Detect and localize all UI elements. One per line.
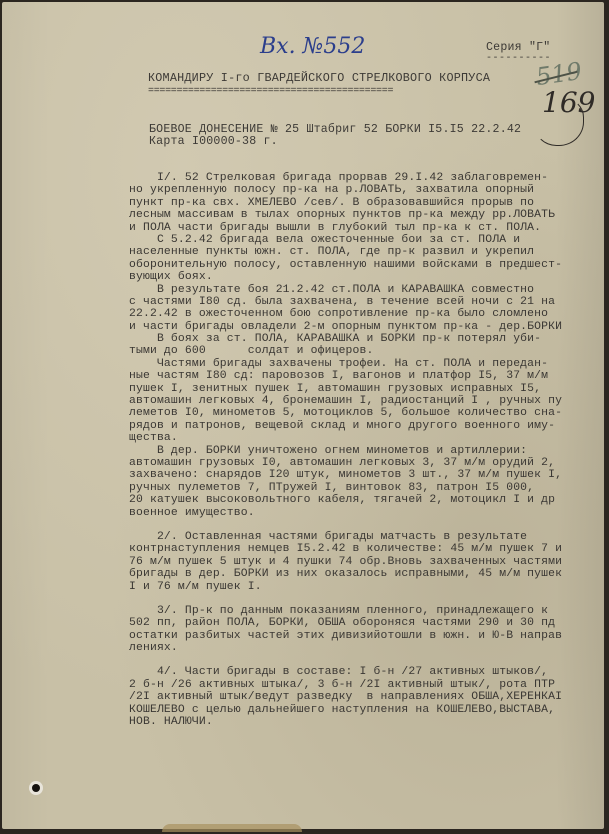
text-line: остатки разбитых частей этих дивизийотош… (129, 630, 599, 642)
report-body: I/. 52 Стрелковая бригада прорвав 29.I.4… (129, 172, 599, 728)
incoming-number-stamp: Вх. №552 (260, 34, 365, 59)
paragraph-gap (129, 519, 599, 531)
text-line: пушек I, зенитных пушек I, автомашин гру… (129, 383, 599, 395)
text-line: автомашин грузовых I0, автомашин легковы… (129, 457, 599, 469)
text-line: С 5.2.42 бригада вела ожесточенные бои з… (129, 234, 599, 246)
section-4: 4/. Части бригады в составе: I б-н /27 а… (129, 666, 599, 728)
text-line: 20 катушек высоковольтного кабеля, тягач… (129, 494, 599, 506)
text-line: ручных пулеметов 7, ПТружей I, винтовок … (129, 482, 599, 494)
text-line: лесным массивам в тылах опорных пунктов … (129, 209, 599, 221)
text-line: 4/. Части бригады в составе: I б-н /27 а… (129, 666, 599, 678)
text-line: В результате боя 21.2.42 ст.ПОЛА и КАРАВ… (129, 284, 599, 296)
text-line: I и 76 м/м пушек I. (129, 581, 599, 593)
text-line: В боях за ст. ПОЛА, КАРАВАШКА и БОРКИ пр… (129, 333, 599, 345)
text-line: 3/. Пр-к по данным показаниям пленного, … (129, 605, 599, 617)
map-reference-line: Карта I00000-38 г. (149, 136, 278, 148)
text-line: и ПОЛА части бригады вышли в глубокий ты… (129, 222, 599, 234)
text-line: 2 б-н /26 активных штыка/, 3 б-н /2I акт… (129, 679, 599, 691)
text-line: оборонительную полосу, оставленную нашим… (129, 259, 599, 271)
document-page: Вх. №552 Серия "Г" ---------- 519 169 КО… (2, 2, 604, 829)
text-line: леметов I0, минометов 5, мотоциклов 5, б… (129, 407, 599, 419)
text-line: В дер. БОРКИ уничтожено огнем минометов … (129, 445, 599, 457)
section-2: 2/. Оставленная частями бригады матчасть… (129, 531, 599, 593)
text-line: с частями I80 сд. была захвачена, в тече… (129, 296, 599, 308)
section-3: 3/. Пр-к по данным показаниям пленного, … (129, 605, 599, 655)
text-line: 76 м/м пушек 5 штук и 4 пушки 74 обр.Вно… (129, 556, 599, 568)
text-line: военное имущество. (129, 507, 599, 519)
text-line: контрнаступления немцев I5.2.42 в количе… (129, 543, 599, 555)
text-line: щества. (129, 432, 599, 444)
text-line: Частями бригады захвачены трофеи. На ст.… (129, 358, 599, 370)
text-line: пункт пр-ка свх. ХМЕЛЕВО /сев/. В образо… (129, 197, 599, 209)
paragraph-gap (129, 593, 599, 605)
text-line: захвачено: снарядов I20 штук, минометов … (129, 469, 599, 481)
text-line: /2I активный штык/ведут разведку в напра… (129, 691, 599, 703)
text-line: ные частям I80 сд: паровозов I, вагонов … (129, 370, 599, 382)
addressee-line: КОМАНДИРУ I-го ГВАРДЕЙСКОГО СТРЕЛКОВОГО … (148, 73, 490, 85)
text-line: вующих боях. (129, 271, 599, 283)
text-line: рядов и патронов, вещевой склад и много … (129, 420, 599, 432)
pencil-circle-mark (534, 98, 584, 146)
text-line: НОВ. НАЛЮЧИ. (129, 716, 599, 728)
text-line: I/. 52 Стрелковая бригада прорвав 29.I.4… (129, 172, 599, 184)
series-label: Серия "Г" (486, 42, 550, 54)
report-title-line: БОЕВОЕ ДОНЕСЕНИЕ № 25 Штабриг 52 БОРКИ I… (149, 124, 521, 136)
text-line: и части бригады овладели 2-м опорным пун… (129, 321, 599, 333)
text-line: но укрепленную полосу пр-ка на р.ЛОВАТЬ,… (129, 184, 599, 196)
text-line: тыми до 600 солдат и офицеров. (129, 345, 599, 357)
punch-hole (32, 784, 40, 792)
text-line: населенные пункты южн. ст. ПОЛА, где пр-… (129, 246, 599, 258)
text-line: 22.2.42 в ожесточенном бою сопротивление… (129, 308, 599, 320)
text-line: автомашин легковых 4, бронемашин I, ради… (129, 395, 599, 407)
text-line: 2/. Оставленная частями бригады матчасть… (129, 531, 599, 543)
text-line: лениях. (129, 642, 599, 654)
paper-fold-stain (162, 824, 302, 832)
paragraph-gap (129, 654, 599, 666)
text-line: бригады в дер. БОРКИ из них оказалось ис… (129, 568, 599, 580)
addressee-double-underline: ========================================… (148, 86, 393, 97)
section-1: I/. 52 Стрелковая бригада прорвав 29.I.4… (129, 172, 599, 519)
text-line: 502 пп, район ПОЛА, БОРКИ, ОБША обороняс… (129, 617, 599, 629)
text-line: КОШЕЛЕВО с целью дальнейшего наступления… (129, 704, 599, 716)
